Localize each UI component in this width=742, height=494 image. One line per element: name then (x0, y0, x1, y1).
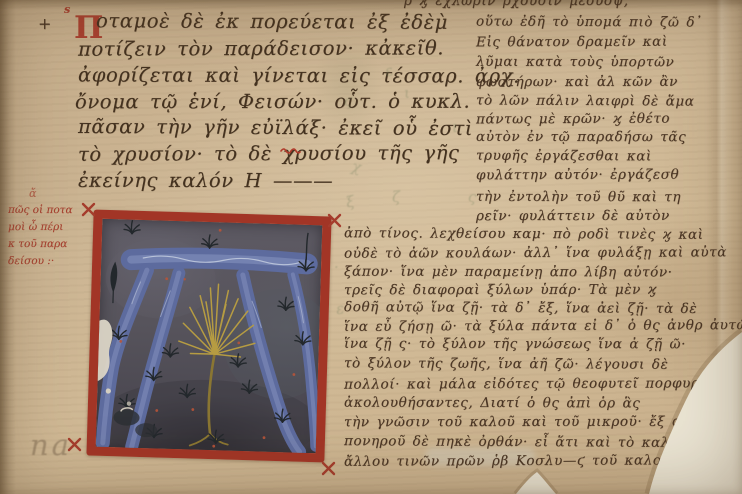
ghost-glyph: ζ (392, 188, 401, 206)
text-line: ξάπον· ἵνα μὲν παραμείνῃ ἀπο λίβη αὐτόν· (344, 266, 673, 280)
text-line: οὕτω ἐδῆ τὸ ὑπομά πιὸ ζῶ δ᾽ (476, 16, 702, 30)
frame-corner-cross (326, 212, 344, 230)
commentary-partial-line: ῥ ϗ ἐχλώριν ῥχουσιν μεδυοψ, (404, 0, 629, 9)
text-line: οὐδὲ τὸ ἀῶν κουλάων· ἀλλ᾽ ἵνα φυλάξῃ καὶ… (344, 246, 727, 261)
text-line: μοὶ ὦ πέρι (8, 222, 63, 233)
text-line: πολλοί· καὶ μάλα εἰδότες τῷ θεοφυτεῖ πορ… (344, 377, 699, 392)
rubric-squiggle (280, 146, 302, 155)
text-line: πῶς οἱ ποτα (8, 205, 73, 216)
text-line: ἵνα εὖ ζήσῃ ῶ· τὰ ξύλα πάντα εἰ δ᾽ ὁ θς … (344, 319, 742, 334)
text-line: τὸ ξύλον τῆς ζωῆς, ἵνα ἀῆ ζῶ· λέγουσι δὲ (344, 357, 668, 372)
ghost-glyph: · (332, 258, 341, 277)
text-line: ἀκολουθήσαντες, Διατί ὁ θς ἀπὶ ὁρ ἃς (344, 397, 640, 411)
page-edge-shadow (516, 472, 556, 494)
text-line: τὴν γνῶσιν τοῦ καλοῦ καὶ τοῦ μικροῦ· ἔξ … (344, 416, 696, 430)
ghost-glyph: ι (452, 118, 458, 136)
text-line: ἵνα ζῇ ς· τὸ ξύλον τῆς γνώσεως ἵνα ἀ ζῇ … (344, 338, 686, 352)
backing-parchment-notch (516, 472, 556, 494)
text-line: ἀπὸ τίνος. λεχθείσου καμ· πὸ ροδὶ τινὲς … (344, 227, 704, 242)
text-line: ἄλλου τινῶν πρῶν ῥβ Κοσλυ—ϛ τοῦ καλοῦ· ἔ… (344, 454, 706, 469)
paradise-miniature (96, 219, 323, 453)
gloss-fragment: ἄ (29, 188, 36, 199)
text-line: αὐτὸν ἐν τῷ παραδήσω τᾶς (476, 131, 686, 145)
ghost-glyph: ϛ (344, 92, 353, 110)
text-line: Εἰς θάνατον δραμεῖν καὶ (476, 36, 668, 50)
frame-corner-cross (320, 460, 338, 478)
text-line: πονηροῦ δὲ πηκὲ ὀρθάν· εἶ ἅτι καὶ τὸ καλ… (344, 435, 688, 450)
text-line: πάντως μὲ κρῶν· ϗ ἐθέτο (476, 113, 670, 127)
text-line: πᾶσαν τὴν γῆν εὐϊλάξ· ἐκεῖ οὗ ἐστὶ (78, 117, 473, 139)
text-line: ἐκείνης καλόν Η ——— (78, 171, 333, 191)
text-line: τρεῖς δὲ διαφοραὶ ξύλων ὑπάρ· Τὰ μὲν ϗ (344, 284, 657, 298)
text-line: φυλάττην αὐτόν· ἐργάζεσθ (476, 169, 679, 183)
text-line: ἀφορίζεται καὶ γίνεται εἰς τέσσαρ. ἀρχ. (78, 65, 520, 86)
text-line: οταμοὲ δὲ ἐκ πορεύεται ἐξ ἐδὲμ̀ (96, 11, 448, 32)
parchment-crease (706, 0, 732, 360)
text-line: τὸ λῶν πάλιν λαιφρὶ δὲ ἅμα (476, 94, 695, 109)
text-line: φωστήρων· καὶ ἀλ κῶν ἂν (476, 76, 678, 90)
text-line: τὸ χρυσίον· τὸ δὲ χρυσίου τῆς γῆς (78, 143, 460, 164)
frame-corner-cross (80, 201, 98, 219)
quire-siglum: s (64, 4, 70, 15)
text-line: λῦμαι κατὰ τοὺς ὑπορτῶν (476, 56, 674, 70)
text-line: κ τοῦ παρα (8, 239, 67, 250)
text-line: ὄνομα τῷ ἑνί, Φεισών· οὗτ. ὁ κυκλ. (75, 92, 470, 112)
text-line: δείσου :· (8, 256, 54, 267)
frame-corner-cross (66, 436, 84, 454)
text-line: ρεῖν· φυλάττειν δὲ αὐτὸν (476, 210, 670, 224)
margin-cross-mark: + (38, 16, 51, 32)
miniature-frame (86, 210, 331, 463)
text-line: δοθῆ αὐτῷ ἵνα ζῇ· τὰ δ᾽ ἔξ, ἵνα ἀεὶ ζῇ· … (344, 301, 697, 316)
text-line: ποτίζειν τὸν παράδεισον· κἀκεῖθ. (78, 38, 444, 59)
text-line: τρυφῆς ἐργάζεσθαι καὶ (476, 150, 652, 164)
ghost-glyph: ξ (344, 192, 356, 211)
text-line: τὴν ἐντολὴν τοῦ θῦ καὶ τη (476, 191, 681, 205)
manuscript-page: + s Π ἄ οταμοὲ δὲ ἐκ πορεύεται ἐξ ἐδὲμ̀π… (0, 0, 742, 494)
